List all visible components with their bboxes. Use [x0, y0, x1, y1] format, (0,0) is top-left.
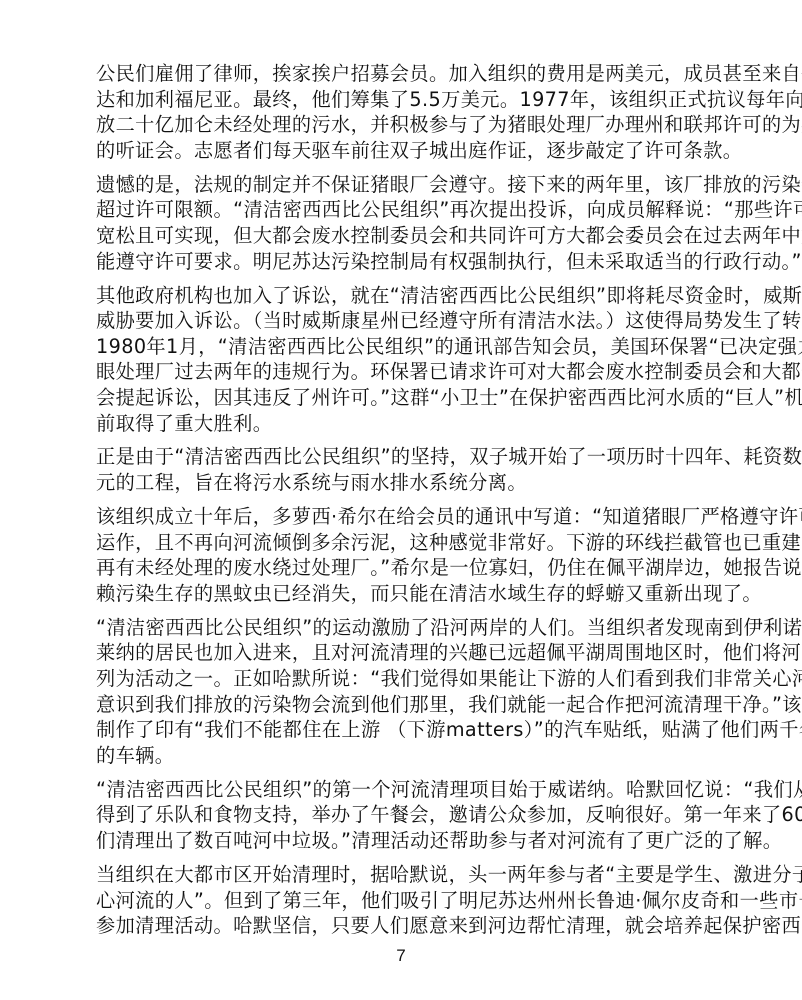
text-line: 制作了印有“我们不能都住在上游 （下游matters）”的汽车贴纸，贴满了他们两… — [96, 717, 708, 743]
paragraph-6: “清洁密西西比公民组织”的运动激励了沿河两岸的人们。当组织者发现南到伊利诺伊州加… — [96, 615, 708, 769]
text-line: 得到了乐队和食物支持，举办了午餐会，邀请公众参加，反响很好。第一年来了60人，我 — [96, 802, 708, 828]
text-line: 赖污染生存的黑蚊虫已经消失，而只能在清洁水域生存的蜉蝣又重新出现了。 — [96, 581, 708, 607]
text-line: 放二十亿加仑未经处理的污水，并积极参与了为猪眼处理厂办理州和联邦许可的为期七周 — [96, 112, 708, 138]
paragraph-3: 其他政府机构也加入了诉讼，就在“清洁密西西比公民组织”即将耗尽资金时，威斯康星州… — [96, 283, 708, 437]
text-line: 宽松且可实现，但大都会废水控制委员会和共同许可方大都会委员会在过去两年中始终未 — [96, 223, 708, 249]
paragraph-7: “清洁密西西比公民组织”的第一个河流清理项目始于威诺纳。哈默回忆说：“我们从社区… — [96, 777, 708, 854]
text-line: 威胁要加入诉讼。（当时威斯康星州已经遵守所有清洁水法。）这使得局势发生了转变。 — [96, 308, 708, 334]
text-line: 的听证会。志愿者们每天驱车前往双子城出庭作证，逐步敲定了许可条款。 — [96, 138, 708, 164]
text-line: 眼处理厂过去两年的违规行为。环保署已请求许可对大都会废水控制委员会和大都会委员 — [96, 359, 708, 385]
paragraph-2: 遗憾的是，法规的制定并不保证猪眼厂会遵守。接下来的两年里，该厂排放的污染物远远 … — [96, 172, 708, 274]
text-line: 心河流的人”。但到了第三年，他们吸引了明尼苏达州州长鲁迪·佩尔皮奇和一些市长前来 — [96, 888, 708, 914]
text-line: 能遵守许可要求。明尼苏达污染控制局有权强制执行，但未采取适当的行政行动。” — [96, 249, 708, 275]
text-line: 列为活动之一。正如哈默所说：“我们觉得如果能让下游的人们看到我们非常关心河流， — [96, 666, 708, 692]
text-line: 超过许可限额。“清洁密西西比公民组织”再次提出投诉，向成员解释说：“那些许可条款 — [96, 197, 708, 223]
text-line: 元的工程，旨在将污水系统与雨水排水系统分离。 — [96, 470, 708, 496]
paragraph-4: 正是由于“清洁密西西比公民组织”的坚持，双子城开始了一项历时十四年、耗资数百万美… — [96, 444, 708, 495]
page-number: 7 — [0, 946, 802, 966]
text-line: 1980年1月，“清洁密西西比公民组织”的通讯部告知会员，美国环保署“已决定强力… — [96, 334, 708, 360]
text-line: 前取得了重大胜利。 — [96, 411, 708, 437]
text-line: 会提起诉讼，因其违反了州许可。”这群“小卫士”在保护密西西比河水质的“巨人”机构… — [96, 385, 708, 411]
text-line: 公民们雇佣了律师，挨家挨户招募会员。加入组织的费用是两美元，成员甚至来自佛罗里 — [96, 61, 708, 87]
text-line: 达和加利福尼亚。最终，他们筹集了5.5万美元。1977年，该组织正式抗议每年向河… — [96, 87, 708, 113]
paragraph-1: 公民们雇佣了律师，挨家挨户招募会员。加入组织的费用是两美元，成员甚至来自佛罗里 … — [96, 61, 708, 163]
text-line: 再有未经处理的废水绕过处理厂。”希尔是一位寡妇，仍住在佩平湖岸边，她报告说，依 — [96, 555, 708, 581]
text-line: 的车辆。 — [96, 743, 708, 769]
text-line: 遗憾的是，法规的制定并不保证猪眼厂会遵守。接下来的两年里，该厂排放的污染物远远 — [96, 172, 708, 198]
text-line: 该组织成立十年后，多萝西·希尔在给会员的通讯中写道：“知道猪眼厂严格遵守许可限制 — [96, 504, 708, 530]
text-line: “清洁密西西比公民组织”的运动激励了沿河两岸的人们。当组织者发现南到伊利诺伊州加 — [96, 615, 708, 641]
text-line: 当组织在大都市区开始清理时，据哈默说，头一两年参与者“主要是学生、激进分子和关 — [96, 862, 708, 888]
paragraph-8: 当组织在大都市区开始清理时，据哈默说，头一两年参与者“主要是学生、激进分子和关 … — [96, 862, 708, 939]
text-line: 参加清理活动。哈默坚信，只要人们愿意来到河边帮忙清理，就会培养起保护密西西比河 — [96, 913, 708, 939]
text-line: 运作，且不再向河流倾倒多余污泥，这种感觉非常好。下游的环线拦截管也已重建，不应 — [96, 530, 708, 556]
document-page: 公民们雇佣了律师，挨家挨户招募会员。加入组织的费用是两美元，成员甚至来自佛罗里 … — [96, 61, 708, 947]
text-line: “清洁密西西比公民组织”的第一个河流清理项目始于威诺纳。哈默回忆说：“我们从社区 — [96, 777, 708, 803]
paragraph-5: 该组织成立十年后，多萝西·希尔在给会员的通讯中写道：“知道猪眼厂严格遵守许可限制… — [96, 504, 708, 606]
text-line: 其他政府机构也加入了诉讼，就在“清洁密西西比公民组织”即将耗尽资金时，威斯康星州 — [96, 283, 708, 309]
text-line: 正是由于“清洁密西西比公民组织”的坚持，双子城开始了一项历时十四年、耗资数百万美 — [96, 444, 708, 470]
text-line: 们清理出了数百吨河中垃圾。”清理活动还帮助参与者对河流有了更广泛的了解。 — [96, 828, 708, 854]
text-line: 意识到我们排放的污染物会流到他们那里，我们就能一起合作把河流清理干净。”该组织 — [96, 692, 708, 718]
text-line: 莱纳的居民也加入进来，且对河流清理的兴趣已远超佩平湖周围地区时，他们将河流清理 — [96, 640, 708, 666]
